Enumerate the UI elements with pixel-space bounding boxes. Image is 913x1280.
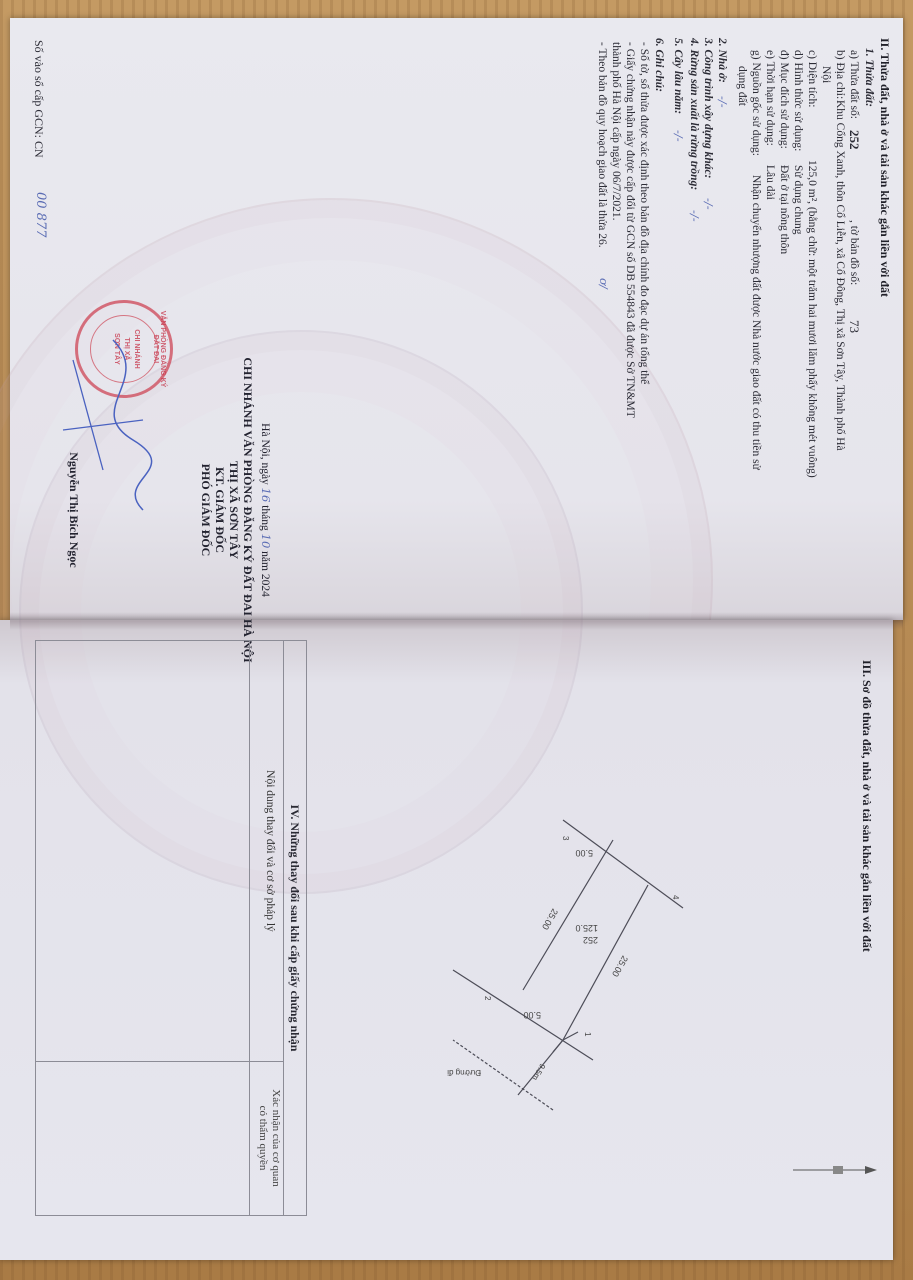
svg-text:9.5m: 9.5m: [530, 1062, 547, 1082]
origin-value: Nhận chuyển nhượng đất được Nhà nước gia…: [749, 175, 762, 470]
map-sheet-label: , tờ bản đồ số:: [847, 220, 860, 285]
address-value: Khu Cổng Xanh, thôn Cổ Liễn, xã Cổ Đông,…: [833, 100, 846, 451]
signer-role: KT. GIÁM ĐỐC: [213, 340, 227, 680]
svg-text:252: 252: [583, 935, 598, 945]
note-line: - Theo bản đồ quy hoạch giao đất là thửa…: [595, 42, 608, 248]
area-value: 125,0 m², (bằng chữ: một trăm hai mươi l…: [805, 160, 818, 478]
issue-month: 10: [259, 534, 273, 549]
svg-text:5.00: 5.00: [575, 848, 593, 858]
plot-diagram: 25.00 25.00 252 125.0 5.00 5.00 9.5m Đườ…: [353, 640, 853, 1260]
signer-title: PHÓ GIÁM ĐỐC: [199, 340, 213, 680]
handwritten-signature: [43, 320, 173, 520]
perennial-value: -/-: [672, 130, 685, 142]
svg-text:125.0: 125.0: [575, 923, 598, 933]
certificate-spread: II. Thửa đất, nhà ở và tài sản khác gắn …: [0, 0, 913, 1280]
issue-day: 16: [259, 488, 273, 503]
parcel-label: a) Thửa đất số:: [847, 50, 860, 119]
purpose-label: đ) Mục đích sử dụng:: [777, 50, 790, 149]
svg-text:25.00: 25.00: [610, 954, 630, 979]
use-form-label: d) Hình thức sử dụng:: [791, 50, 804, 151]
purpose-value: Đất ở tại nông thôn: [777, 165, 790, 254]
north-arrow-icon: [783, 1150, 883, 1190]
notes-heading: 6. Ghi chú:: [652, 38, 665, 92]
address-value-cont: Nội: [819, 66, 832, 83]
section-iv-title: IV. Những thay đổi sau khi cấp giấy chứn…: [287, 641, 302, 1215]
svg-text:5.00: 5.00: [523, 1010, 541, 1020]
svg-text:2: 2: [483, 996, 492, 1001]
perennial-label: 5. Cây lâu năm:: [671, 38, 684, 114]
column-header-confirmation: Xác nhận của cơ quan có thẩm quyền: [256, 1061, 282, 1215]
map-sheet-number: 73: [846, 320, 861, 333]
section-ii-title: II. Thửa đất, nhà ở và tài sản khác gắn …: [877, 38, 891, 297]
svg-text:3: 3: [561, 836, 570, 841]
parcel-number: 252: [846, 130, 861, 150]
note-line: - Số tờ, số thửa được xác định theo bản …: [637, 42, 650, 384]
column-header-content: Nội dung thay đổi và cơ sở pháp lý: [264, 641, 276, 1061]
address-label: b) Địa chỉ:: [833, 50, 846, 99]
house-label: 2. Nhà ở:: [715, 38, 728, 83]
issuing-office: CHI NHÁNH VĂN PHÒNG ĐĂNG KÝ ĐẤT ĐAI HÀ N…: [241, 340, 255, 680]
house-value: -/-: [716, 96, 729, 108]
section-iii-title: III. Sơ đồ thửa đất, nhà ở và tài sản kh…: [859, 660, 873, 952]
changes-table: IV. Những thay đổi sau khi cấp giấy chứn…: [35, 640, 307, 1216]
term-label: e) Thời hạn sử dụng:: [763, 50, 776, 146]
note-line: thành phố Hà Nội cấp ngày 06/7/2021.: [609, 42, 622, 221]
svg-text:4: 4: [671, 895, 680, 900]
svg-text:1: 1: [583, 1032, 592, 1037]
use-form-value: Sử dụng chung: [791, 165, 804, 234]
origin-label: g) Nguồn gốc sử dụng:: [749, 50, 762, 156]
svg-text:25.00: 25.00: [540, 907, 560, 932]
other-construction-value: -/-: [702, 198, 715, 210]
issue-date: Hà Nội, ngày 16 tháng 10 năm 2024: [258, 340, 273, 680]
registry-number: 00 877: [32, 192, 47, 238]
registry-label: Số vào sổ cấp GCN: CN: [31, 40, 45, 158]
land-heading: 1. Thửa đất:: [862, 48, 875, 107]
forest-value: -/-: [688, 210, 701, 222]
svg-text:Đường đi: Đường đi: [447, 1068, 481, 1077]
issuing-office-town: THỊ XÃ SƠN TÂY: [227, 340, 241, 680]
term-value: Lâu dài: [763, 165, 776, 200]
forest-label: 4. Rừng sản xuất là rừng trồng:: [687, 38, 700, 190]
note-line: - Giấy chứng nhận này được cấp đổi từ GC…: [623, 42, 636, 418]
area-label: c) Diện tích:: [805, 50, 818, 107]
handwritten-mark: ơ/: [597, 278, 610, 289]
other-construction-label: 3. Công trình xây dựng khác:: [701, 38, 714, 178]
origin-value-cont: dụng đất: [735, 66, 748, 106]
